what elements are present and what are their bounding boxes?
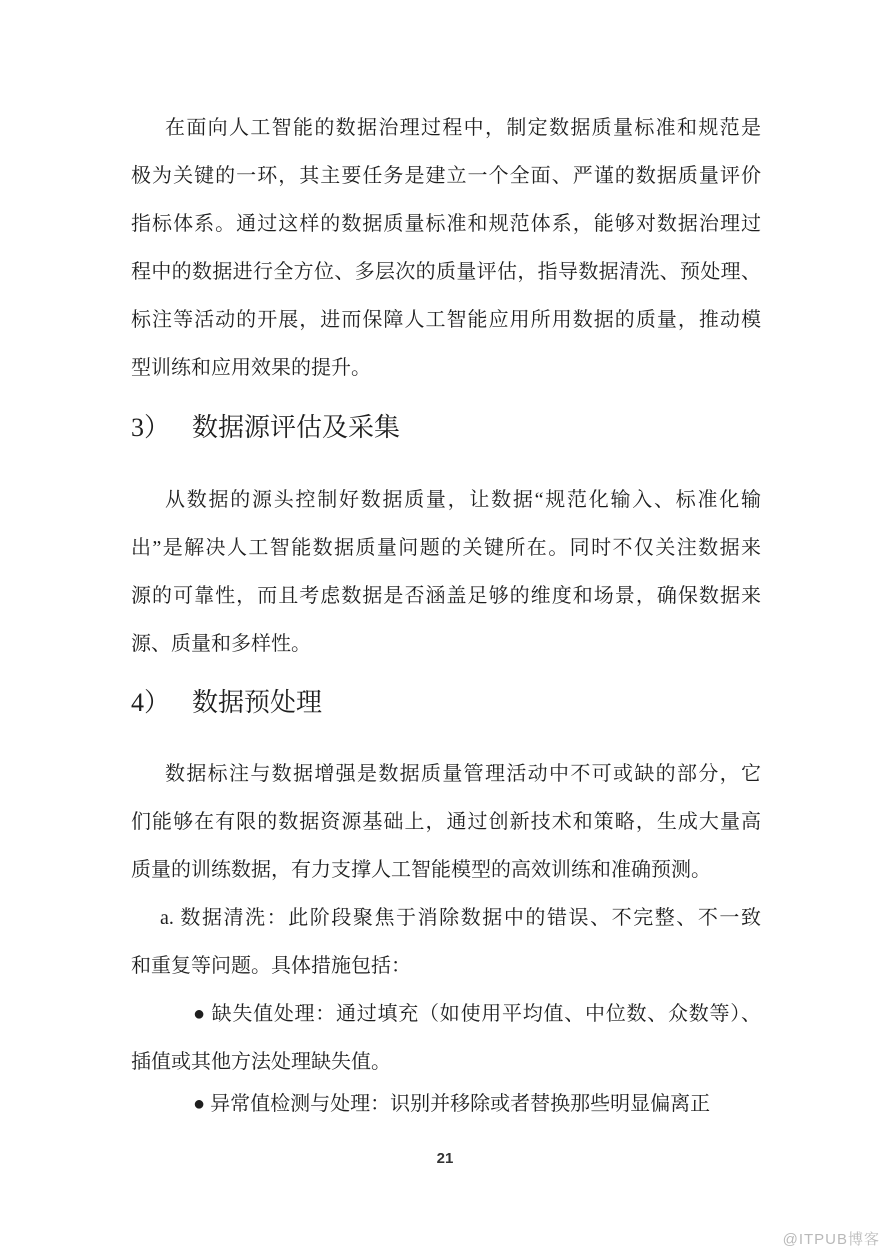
text-line: 极为关键的一环，其主要任务是建立一个全面、严谨的数据质量评价: [131, 152, 761, 200]
text-line: 从数据的源头控制好数据质量，让数据“规范化输入、标准化输: [131, 476, 761, 524]
text-line: 出”是解决人工智能数据质量问题的关键所在。同时不仅关注数据来: [131, 524, 761, 572]
section-heading-3: 3）数据源评估及采集: [131, 404, 761, 452]
text-line: 源的可靠性，而且考虑数据是否涵盖足够的维度和场景，确保数据来: [131, 572, 761, 620]
text-line: 程中的数据进行全方位、多层次的质量评估，指导数据清洗、预处理、: [131, 248, 761, 296]
section-4-paragraph: 数据标注与数据增强是数据质量管理活动中不可或缺的部分，它们能够在有限的数据资源基…: [131, 750, 761, 894]
text-line: 质量的训练数据，有力支撑人工智能模型的高效训练和准确预测。: [131, 846, 761, 894]
list-item-a: a. 数据清洗：此阶段聚焦于消除数据中的错误、不完整、不一致和重复等问题。具体措…: [131, 894, 761, 990]
text-line: 型训练和应用效果的提升。: [131, 344, 761, 392]
text-line: 和重复等问题。具体措施包括：: [131, 942, 761, 990]
text-line: a. 数据清洗：此阶段聚焦于消除数据中的错误、不完整、不一致: [131, 894, 761, 942]
text-line: ● 缺失值处理：通过填充（如使用平均值、中位数、众数等）、: [131, 990, 761, 1038]
text-line: 标注等活动的开展，进而保障人工智能应用所用数据的质量，推动模: [131, 296, 761, 344]
bullet-item-missing-values: ● 缺失值处理：通过填充（如使用平均值、中位数、众数等）、插值或其他方法处理缺失…: [131, 990, 761, 1086]
text-line: 源、质量和多样性。: [131, 620, 761, 668]
heading-title: 数据源评估及采集: [192, 413, 400, 442]
page-text-block: 在面向人工智能的数据治理过程中，制定数据质量标准和规范是极为关键的一环，其主要任…: [131, 104, 761, 1128]
heading-number: 3）: [131, 404, 170, 452]
watermark: @ITPUB博客: [783, 1228, 880, 1249]
page-number: 21: [0, 1150, 890, 1167]
bullet-item-outlier-detection: ● 异常值检测与处理：识别并移除或者替换那些明显偏离正: [131, 1080, 761, 1128]
text-line: 在面向人工智能的数据治理过程中，制定数据质量标准和规范是: [131, 104, 761, 152]
document-page: 在面向人工智能的数据治理过程中，制定数据质量标准和规范是极为关键的一环，其主要任…: [0, 0, 890, 1258]
text-line: ● 异常值检测与处理：识别并移除或者替换那些明显偏离正: [131, 1080, 761, 1128]
heading-title: 数据预处理: [192, 688, 322, 717]
text-line: 们能够在有限的数据资源基础上，通过创新技术和策略，生成大量高: [131, 798, 761, 846]
intro-paragraph: 在面向人工智能的数据治理过程中，制定数据质量标准和规范是极为关键的一环，其主要任…: [131, 104, 761, 392]
text-line: 指标体系。通过这样的数据质量标准和规范体系，能够对数据治理过: [131, 200, 761, 248]
section-3-paragraph: 从数据的源头控制好数据质量，让数据“规范化输入、标准化输出”是解决人工智能数据质…: [131, 476, 761, 668]
section-heading-4: 4）数据预处理: [131, 679, 761, 727]
text-line: 插值或其他方法处理缺失值。: [131, 1038, 761, 1086]
text-line: 数据标注与数据增强是数据质量管理活动中不可或缺的部分，它: [131, 750, 761, 798]
heading-number: 4）: [131, 679, 170, 727]
